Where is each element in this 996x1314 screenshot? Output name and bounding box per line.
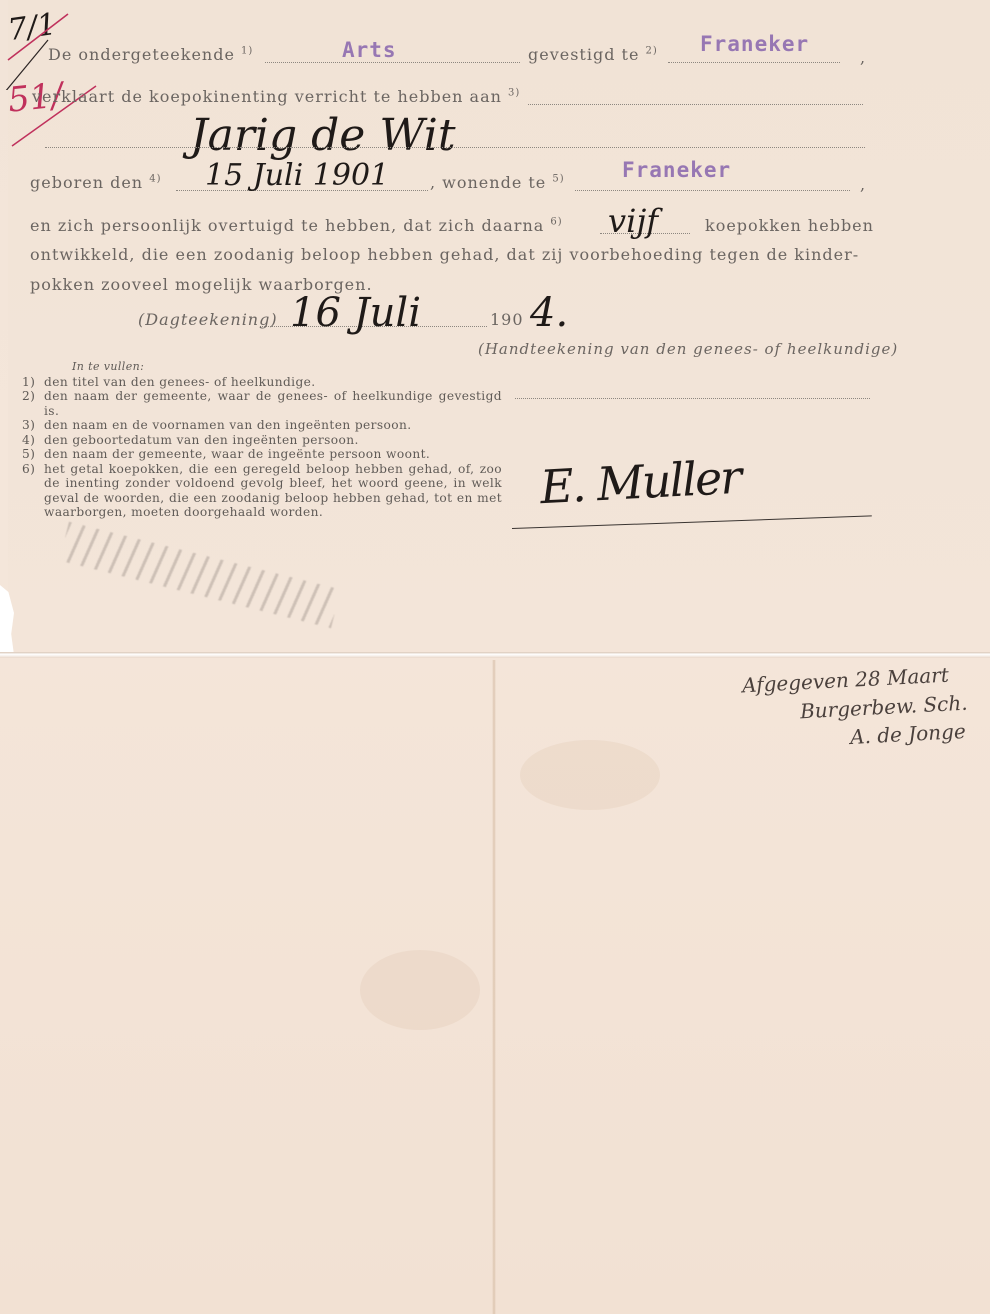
date-label: (Dagteekening)	[138, 310, 278, 329]
physician-signature: E. Muller	[539, 450, 742, 514]
field-line	[265, 62, 520, 63]
field-line	[668, 62, 840, 63]
stamp-town: Franeker	[700, 32, 809, 56]
stamp-residence: Franeker	[622, 158, 731, 182]
instructions: In te vullen: 1)den titel van den genees…	[22, 360, 502, 520]
vertical-fold	[492, 660, 496, 1314]
instruction-item: 6)het getal koepokken, die een geregeld …	[22, 462, 502, 520]
field-line	[515, 398, 870, 399]
form-label: De ondergeteekende 1)	[48, 45, 253, 64]
instruction-item: 1)den titel van den genees- of heelkundi…	[22, 375, 502, 390]
form-label: gevestigd te 2)	[528, 45, 658, 64]
year-prefix: 190	[490, 310, 524, 329]
instruction-item: 3)den naam en de voornamen van den ingeë…	[22, 418, 502, 433]
stamp-title: Arts	[342, 38, 397, 62]
horizontal-fold	[0, 652, 990, 658]
handwritten-name: Jarig de Wit	[190, 110, 456, 161]
form-label: , wonende te 5)	[430, 173, 565, 192]
punctuation: ,	[860, 48, 866, 67]
handwritten-year: 4.	[530, 290, 568, 336]
form-label: verklaart de koepokinenting verricht te …	[32, 87, 520, 106]
field-line	[45, 147, 865, 148]
instruction-item: 4)den geboortedatum van den ingeënten pe…	[22, 433, 502, 448]
stain	[520, 740, 660, 810]
field-line	[575, 190, 850, 191]
form-text: en zich persoonlijk overtuigd te hebben,…	[30, 216, 563, 235]
handwritten-birth-date: 15 Juli 1901	[205, 158, 389, 193]
instructions-heading: In te vullen:	[22, 360, 502, 375]
handwritten-date: 16 Juli	[290, 290, 421, 336]
signature-caption: (Handteekening van den genees- of heelku…	[478, 340, 898, 358]
instruction-item: 2)den naam der gemeente, waar de genees-…	[22, 389, 502, 418]
scan-edge	[990, 0, 996, 1314]
punctuation: ,	[860, 175, 866, 194]
instruction-item: 5)den naam der gemeente, waar de ingeënt…	[22, 447, 502, 462]
form-text: ontwikkeld, die een zoodanig beloop hebb…	[30, 245, 859, 264]
field-line	[528, 104, 863, 105]
form-label: geboren den 4)	[30, 173, 161, 192]
stain	[360, 950, 480, 1030]
form-text: koepokken hebben	[705, 216, 874, 235]
handwritten-count: vijf	[608, 202, 658, 240]
